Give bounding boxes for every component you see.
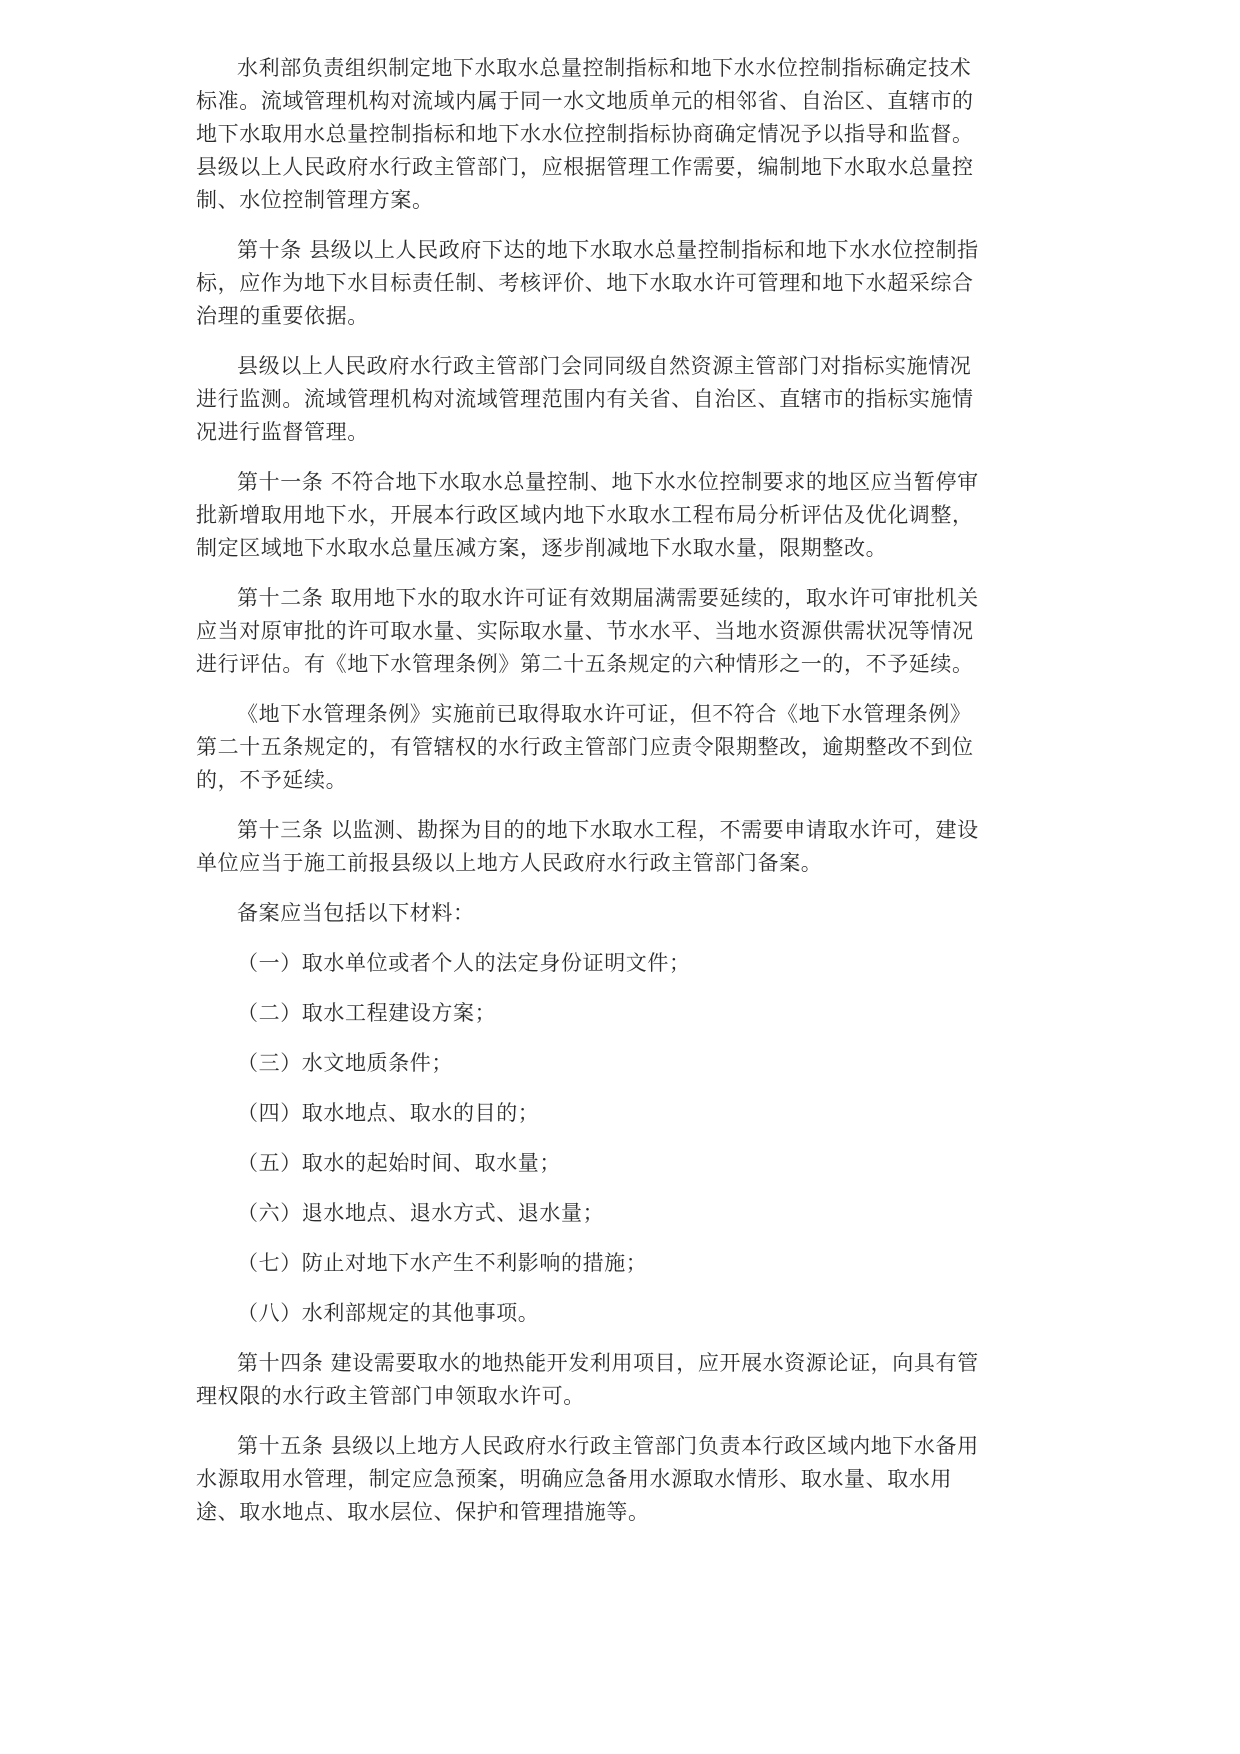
- text-line: 批新增取用地下水，开展本行政区域内地下水取水工程布局分析评估及优化调整，: [196, 499, 966, 532]
- article-text: 以监测、勘探为目的的地下水取水工程，不需要申请取水许可，建设: [331, 818, 979, 842]
- article-number: 第十四条: [237, 1351, 323, 1375]
- list-item: （五）取水的起始时间、取水量；: [196, 1147, 966, 1180]
- article-number: 第十五条: [237, 1434, 323, 1458]
- list-item: （二）取水工程建设方案；: [196, 997, 966, 1030]
- article-14: 第十四条 建设需要取水的地热能开发利用项目，应开展水资源论证，向具有管 理权限的…: [196, 1347, 966, 1413]
- text-line: 况进行监督管理。: [196, 416, 966, 449]
- text-line: 第十三条 以监测、勘探为目的的地下水取水工程，不需要申请取水许可，建设: [196, 814, 966, 847]
- text-line: 制定区域地下水取水总量压减方案，逐步削减地下水取水量，限期整改。: [196, 532, 966, 565]
- text-line: 第十二条 取用地下水的取水许可证有效期届满需要延续的，取水许可审批机关: [196, 582, 966, 615]
- paragraph-monitoring: 县级以上人民政府水行政主管部门会同同级自然资源主管部门对指标实施情况 进行监测。…: [196, 350, 966, 449]
- article-text: 不符合地下水取水总量控制、地下水水位控制要求的地区应当暂停审: [331, 470, 979, 494]
- text-line: 县级以上人民政府水行政主管部门会同同级自然资源主管部门对指标实施情况: [196, 350, 966, 383]
- text-line: 第十一条 不符合地下水取水总量控制、地下水水位控制要求的地区应当暂停审: [196, 466, 966, 499]
- text-line: 理权限的水行政主管部门申领取水许可。: [196, 1380, 966, 1413]
- article-number: 第十二条: [237, 586, 323, 610]
- text-line: 水源取用水管理，制定应急预案，明确应急备用水源取水情形、取水量、取水用: [196, 1463, 966, 1496]
- article-number: 第十三条: [237, 818, 323, 842]
- filing-materials-list: （一）取水单位或者个人的法定身份证明文件； （二）取水工程建设方案； （三）水文…: [196, 947, 966, 1330]
- text-line: 备案应当包括以下材料：: [196, 897, 966, 930]
- article-13: 第十三条 以监测、勘探为目的的地下水取水工程，不需要申请取水许可，建设 单位应当…: [196, 814, 966, 880]
- text-line: 单位应当于施工前报县级以上地方人民政府水行政主管部门备案。: [196, 847, 966, 880]
- paragraph-filing-materials: 备案应当包括以下材料：: [196, 897, 966, 930]
- article-text: 县级以上人民政府下达的地下水取水总量控制指标和地下水水位控制指: [309, 238, 979, 262]
- list-item: （八）水利部规定的其他事项。: [196, 1297, 966, 1330]
- article-text: 取用地下水的取水许可证有效期届满需要延续的，取水许可审批机关: [331, 586, 979, 610]
- text-line: 进行监测。流域管理机构对流域管理范围内有关省、自治区、直辖市的指标实施情: [196, 383, 966, 416]
- article-text: 建设需要取水的地热能开发利用项目，应开展水资源论证，向具有管: [331, 1351, 979, 1375]
- article-text: 县级以上地方人民政府水行政主管部门负责本行政区域内地下水备用: [331, 1434, 979, 1458]
- text-line: 第二十五条规定的，有管辖权的水行政主管部门应责令限期整改，逾期整改不到位: [196, 731, 966, 764]
- list-item: （三）水文地质条件；: [196, 1047, 966, 1080]
- paragraph-standards: 水利部负责组织制定地下水取水总量控制指标和地下水水位控制指标确定技术 标准。流域…: [196, 52, 966, 217]
- article-11: 第十一条 不符合地下水取水总量控制、地下水水位控制要求的地区应当暂停审 批新增取…: [196, 466, 966, 565]
- document-page: 水利部负责组织制定地下水取水总量控制指标和地下水水位控制指标确定技术 标准。流域…: [196, 52, 966, 1546]
- text-line: 县级以上人民政府水行政主管部门，应根据管理工作需要，编制地下水取水总量控: [196, 151, 966, 184]
- text-line: 治理的重要依据。: [196, 300, 966, 333]
- text-line: 标准。流域管理机构对流域内属于同一水文地质单元的相邻省、自治区、直辖市的: [196, 85, 966, 118]
- text-line: 《地下水管理条例》实施前已取得取水许可证，但不符合《地下水管理条例》: [196, 698, 966, 731]
- text-line: 途、取水地点、取水层位、保护和管理措施等。: [196, 1496, 966, 1529]
- paragraph-pre-regulation-permits: 《地下水管理条例》实施前已取得取水许可证，但不符合《地下水管理条例》 第二十五条…: [196, 698, 966, 797]
- text-line: 制、水位控制管理方案。: [196, 184, 966, 217]
- text-line: 第十五条 县级以上地方人民政府水行政主管部门负责本行政区域内地下水备用: [196, 1430, 966, 1463]
- text-line: 地下水取用水总量控制指标和地下水水位控制指标协商确定情况予以指导和监督。: [196, 118, 966, 151]
- text-line: 的，不予延续。: [196, 764, 966, 797]
- text-line: 标，应作为地下水目标责任制、考核评价、地下水取水许可管理和地下水超采综合: [196, 267, 966, 300]
- text-line: 第十四条 建设需要取水的地热能开发利用项目，应开展水资源论证，向具有管: [196, 1347, 966, 1380]
- text-line: 第十条 县级以上人民政府下达的地下水取水总量控制指标和地下水水位控制指: [196, 234, 966, 267]
- article-12: 第十二条 取用地下水的取水许可证有效期届满需要延续的，取水许可审批机关 应当对原…: [196, 582, 966, 681]
- list-item: （四）取水地点、取水的目的；: [196, 1097, 966, 1130]
- article-number: 第十条: [237, 238, 302, 262]
- list-item: （七）防止对地下水产生不利影响的措施；: [196, 1247, 966, 1280]
- article-number: 第十一条: [237, 470, 323, 494]
- text-line: 水利部负责组织制定地下水取水总量控制指标和地下水水位控制指标确定技术: [196, 52, 966, 85]
- article-15: 第十五条 县级以上地方人民政府水行政主管部门负责本行政区域内地下水备用 水源取用…: [196, 1430, 966, 1529]
- text-line: 应当对原审批的许可取水量、实际取水量、节水水平、当地水资源供需状况等情况: [196, 615, 966, 648]
- list-item: （一）取水单位或者个人的法定身份证明文件；: [196, 947, 966, 980]
- article-10: 第十条 县级以上人民政府下达的地下水取水总量控制指标和地下水水位控制指 标，应作…: [196, 234, 966, 333]
- text-line: 进行评估。有《地下水管理条例》第二十五条规定的六种情形之一的，不予延续。: [196, 648, 966, 681]
- list-item: （六）退水地点、退水方式、退水量；: [196, 1197, 966, 1230]
